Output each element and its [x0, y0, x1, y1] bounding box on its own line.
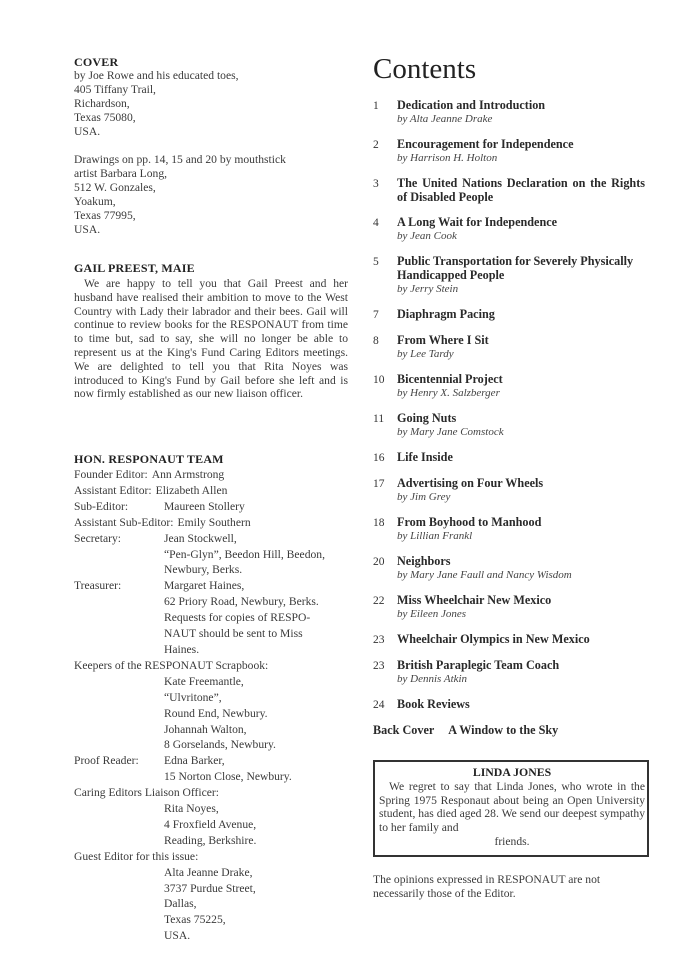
toc-entry-body: Book Reviews	[397, 697, 645, 712]
text-line: Jean Stockwell,	[164, 531, 348, 547]
notice-body: We regret to say that Linda Jones, who w…	[379, 780, 645, 835]
role-value: Margaret Haines,62 Priory Road, Newbury,…	[164, 578, 348, 658]
toc-page-number: 5	[373, 254, 397, 296]
toc-page-number: 11	[373, 411, 397, 439]
toc-author: by Mary Jane Comstock	[397, 425, 645, 439]
liaison-role-label: Caring Editors Liaison Officer:	[74, 785, 348, 801]
toc-author: by Mary Jane Faull and Nancy Wisdom	[397, 568, 645, 582]
toc-entry[interactable]: 7Diaphragm Pacing	[373, 307, 645, 322]
text-line: artist Barbara Long,	[74, 167, 348, 181]
toc-page-number: 16	[373, 450, 397, 465]
text-line: 15 Norton Close, Newbury.	[164, 769, 348, 785]
toc-title: Bicentennial Project	[397, 372, 645, 386]
text-line: USA.	[74, 125, 348, 139]
toc-author: by Jim Grey	[397, 490, 645, 504]
team-assistant-editor: Assistant Editor: Elizabeth Allen	[74, 483, 348, 499]
role-value: Jean Stockwell,“Pen-Glyn”, Beedon Hill, …	[164, 531, 348, 579]
text-line: Texas 77995,	[74, 209, 348, 223]
toc-author: by Eileen Jones	[397, 607, 645, 621]
role-label: Proof Reader:	[74, 753, 164, 785]
table-of-contents: 1Dedication and Introductionby Alta Jean…	[373, 98, 645, 712]
toc-title: Diaphragm Pacing	[397, 307, 645, 321]
toc-entry-body: Diaphragm Pacing	[397, 307, 645, 322]
notice-body-end: friends.	[379, 835, 645, 849]
toc-title: Dedication and Introduction	[397, 98, 645, 112]
team-assistant-sub-editor: Assistant Sub-Editor: Emily Southern	[74, 515, 348, 531]
toc-page-number: 23	[373, 658, 397, 686]
toc-entry-body: Miss Wheelchair New Mexicoby Eileen Jone…	[397, 593, 645, 621]
treasurer-address: Margaret Haines,62 Priory Road, Newbury,…	[164, 578, 348, 610]
team-section: HON. RESPONAUT TEAM Founder Editor: Ann …	[74, 452, 348, 944]
toc-page-number: 22	[373, 593, 397, 621]
guest-editor: Alta Jeanne Drake,3737 Purdue Street,Dal…	[74, 865, 348, 945]
toc-entry[interactable]: 20Neighborsby Mary Jane Faull and Nancy …	[373, 554, 645, 582]
toc-author: by Lee Tardy	[397, 347, 645, 361]
toc-entry-body: Going Nutsby Mary Jane Comstock	[397, 411, 645, 439]
toc-entry-body: British Paraplegic Team Coachby Dennis A…	[397, 658, 645, 686]
team-founder: Founder Editor: Ann Armstrong	[74, 467, 348, 483]
toc-entry[interactable]: 4A Long Wait for Independenceby Jean Coo…	[373, 215, 645, 243]
text-line: 405 Tiffany Trail,	[74, 83, 348, 97]
toc-title: Public Transportation for Severely Physi…	[397, 254, 645, 282]
toc-entry-body: From Where I Sitby Lee Tardy	[397, 333, 645, 361]
toc-title: Neighbors	[397, 554, 645, 568]
linda-jones-notice: LINDA JONES We regret to say that Linda …	[373, 760, 649, 857]
toc-title: Life Inside	[397, 450, 645, 464]
toc-entry[interactable]: 1Dedication and Introductionby Alta Jean…	[373, 98, 645, 126]
toc-author: by Dennis Atkin	[397, 672, 645, 686]
scrapbook-role-label: Keepers of the RESPONAUT Scrapbook:	[74, 658, 348, 674]
text-line: “Ulvritone”,	[164, 690, 348, 706]
role-value: Elizabeth Allen	[156, 483, 348, 499]
team-proof-reader: Proof Reader: Edna Barker,15 Norton Clos…	[74, 753, 348, 785]
toc-entry[interactable]: 10Bicentennial Projectby Henry X. Salzbe…	[373, 372, 645, 400]
text-line: USA.	[74, 223, 348, 237]
toc-author: by Jean Cook	[397, 229, 645, 243]
toc-page-number: 8	[373, 333, 397, 361]
toc-author: by Alta Jeanne Drake	[397, 112, 645, 126]
toc-title: The United Nations Declaration on the Ri…	[397, 176, 645, 204]
text-line: 4 Froxfield Avenue,	[164, 817, 348, 833]
toc-entry[interactable]: 17Advertising on Four Wheelsby Jim Grey	[373, 476, 645, 504]
gail-body: We are happy to tell you that Gail Prees…	[74, 277, 348, 401]
toc-page-number: 23	[373, 632, 397, 647]
text-line: “Pen-Glyn”, Beedon Hill, Beedon,	[164, 547, 348, 563]
gail-preest-section: GAIL PREEST, MAIE We are happy to tell y…	[74, 261, 348, 401]
role-value: Maureen Stollery	[164, 499, 348, 515]
toc-author: by Harrison H. Holton	[397, 151, 645, 165]
role-label: Sub-Editor:	[74, 499, 164, 515]
text-line: by Joe Rowe and his educated toes,	[74, 69, 348, 83]
toc-entry[interactable]: 3The United Nations Declaration on the R…	[373, 176, 645, 204]
text-line: USA.	[164, 928, 348, 944]
text-line: Haines.	[164, 642, 348, 658]
text-line: NAUT should be sent to Miss	[164, 626, 348, 642]
toc-title: A Long Wait for Independence	[397, 215, 645, 229]
toc-entry[interactable]: 24Book Reviews	[373, 697, 645, 712]
toc-page-number: 10	[373, 372, 397, 400]
toc-entry-body: Dedication and Introductionby Alta Jeann…	[397, 98, 645, 126]
toc-title: From Where I Sit	[397, 333, 645, 347]
liaison-officer: Rita Noyes,4 Froxfield Avenue,Reading, B…	[74, 801, 348, 849]
toc-title: British Paraplegic Team Coach	[397, 658, 645, 672]
text-line: Rita Noyes,	[164, 801, 348, 817]
toc-entry-body: Neighborsby Mary Jane Faull and Nancy Wi…	[397, 554, 645, 582]
toc-page-number: 20	[373, 554, 397, 582]
toc-author: by Jerry Stein	[397, 282, 645, 296]
gail-heading: GAIL PREEST, MAIE	[74, 261, 348, 275]
text-line: Johannah Walton,	[164, 722, 348, 738]
text-line: Texas 75225,	[164, 912, 348, 928]
toc-entry-body: Wheelchair Olympics in New Mexico	[397, 632, 645, 647]
text-line: Kate Freemantle,	[164, 674, 348, 690]
cover-credit: COVER by Joe Rowe and his educated toes,…	[74, 55, 348, 237]
cover-heading: COVER	[74, 55, 348, 69]
toc-page-number: 2	[373, 137, 397, 165]
toc-entry-body: Advertising on Four Wheelsby Jim Grey	[397, 476, 645, 504]
team-secretary: Secretary: Jean Stockwell,“Pen-Glyn”, Be…	[74, 531, 348, 579]
text-line: Reading, Berkshire.	[164, 833, 348, 849]
toc-author: by Lillian Frankl	[397, 529, 645, 543]
toc-title: Book Reviews	[397, 697, 645, 711]
text-line: Richardson,	[74, 97, 348, 111]
left-column: COVER by Joe Rowe and his educated toes,…	[74, 55, 348, 237]
role-value: Emily Southern	[178, 515, 348, 531]
toc-entry[interactable]: 11Going Nutsby Mary Jane Comstock	[373, 411, 645, 439]
notice-heading: LINDA JONES	[379, 766, 645, 780]
text-line: Newbury, Berks.	[164, 562, 348, 578]
text-line: Alta Jeanne Drake,	[164, 865, 348, 881]
toc-title: Wheelchair Olympics in New Mexico	[397, 632, 645, 646]
toc-page-number: 24	[373, 697, 397, 712]
role-label: Founder Editor:	[74, 467, 152, 483]
contents-title: Contents	[373, 52, 645, 86]
magazine-page: COVER by Joe Rowe and his educated toes,…	[0, 0, 690, 974]
toc-entry-body: Bicentennial Projectby Henry X. Salzberg…	[397, 372, 645, 400]
toc-title: Going Nuts	[397, 411, 645, 425]
text-line: Yoakum,	[74, 195, 348, 209]
role-label: Assistant Editor:	[74, 483, 156, 499]
back-cover-title: A Window to the Sky	[448, 723, 558, 737]
toc-entry-body: Encouragement for Independenceby Harriso…	[397, 137, 645, 165]
toc-title: Encouragement for Independence	[397, 137, 645, 151]
toc-entry[interactable]: 18From Boyhood to Manhoodby Lillian Fran…	[373, 515, 645, 543]
toc-title: From Boyhood to Manhood	[397, 515, 645, 529]
role-value: Edna Barker,15 Norton Close, Newbury.	[164, 753, 348, 785]
text-line: Requests for copies of RESPO-	[164, 610, 348, 626]
toc-entry[interactable]: 22Miss Wheelchair New Mexicoby Eileen Jo…	[373, 593, 645, 621]
text-line: Edna Barker,	[164, 753, 348, 769]
editor-disclaimer: The opinions expressed in RESPONAUT are …	[373, 873, 645, 901]
toc-entry[interactable]: 23British Paraplegic Team Coachby Dennis…	[373, 658, 645, 686]
role-label: Treasurer:	[74, 578, 164, 658]
toc-entry[interactable]: 5Public Transportation for Severely Phys…	[373, 254, 645, 296]
toc-entry[interactable]: 23Wheelchair Olympics in New Mexico	[373, 632, 645, 647]
toc-page-number: 3	[373, 176, 397, 204]
guest-role-label: Guest Editor for this issue:	[74, 849, 348, 865]
role-value: Ann Armstrong	[152, 467, 348, 483]
toc-page-number: 18	[373, 515, 397, 543]
toc-entry-body: The United Nations Declaration on the Ri…	[397, 176, 645, 204]
text-line: Texas 75080,	[74, 111, 348, 125]
role-label: Secretary:	[74, 531, 164, 579]
scrapbook-keepers: Kate Freemantle,“Ulvritone”,Round End, N…	[74, 674, 348, 754]
team-treasurer: Treasurer: Margaret Haines,62 Priory Roa…	[74, 578, 348, 658]
toc-title: Miss Wheelchair New Mexico	[397, 593, 645, 607]
toc-page-number: 1	[373, 98, 397, 126]
text-line: 62 Priory Road, Newbury, Berks.	[164, 594, 348, 610]
toc-entry-body: Public Transportation for Severely Physi…	[397, 254, 645, 296]
team-heading: HON. RESPONAUT TEAM	[74, 452, 348, 466]
toc-entry[interactable]: 2Encouragement for Independenceby Harris…	[373, 137, 645, 165]
text-line: 512 W. Gonzales,	[74, 181, 348, 195]
team-sub-editor: Sub-Editor: Maureen Stollery	[74, 499, 348, 515]
back-cover-label: Back Cover	[373, 723, 434, 737]
text-line: Dallas,	[164, 896, 348, 912]
text-line: 3737 Purdue Street,	[164, 881, 348, 897]
toc-entry-body: From Boyhood to Manhoodby Lillian Frankl	[397, 515, 645, 543]
toc-entry[interactable]: 8From Where I Sitby Lee Tardy	[373, 333, 645, 361]
right-column: Contents 1Dedication and Introductionby …	[373, 52, 645, 737]
text-line: Margaret Haines,	[164, 578, 348, 594]
text-line: Round End, Newbury.	[164, 706, 348, 722]
text-line: Drawings on pp. 14, 15 and 20 by mouthst…	[74, 153, 348, 167]
toc-entry-body: A Long Wait for Independenceby Jean Cook	[397, 215, 645, 243]
toc-page-number: 17	[373, 476, 397, 504]
drawings-credit: Drawings on pp. 14, 15 and 20 by mouthst…	[74, 153, 348, 237]
toc-page-number: 4	[373, 215, 397, 243]
toc-entry[interactable]: 16Life Inside	[373, 450, 645, 465]
toc-entry-body: Life Inside	[397, 450, 645, 465]
toc-page-number: 7	[373, 307, 397, 322]
back-cover-entry[interactable]: Back CoverA Window to the Sky	[373, 723, 645, 737]
toc-author: by Henry X. Salzberger	[397, 386, 645, 400]
treasurer-note: Requests for copies of RESPO-NAUT should…	[164, 610, 348, 658]
text-line: 8 Gorselands, Newbury.	[164, 737, 348, 753]
cover-address: by Joe Rowe and his educated toes,405 Ti…	[74, 69, 348, 139]
role-label: Assistant Sub-Editor:	[74, 515, 178, 531]
toc-title: Advertising on Four Wheels	[397, 476, 645, 490]
